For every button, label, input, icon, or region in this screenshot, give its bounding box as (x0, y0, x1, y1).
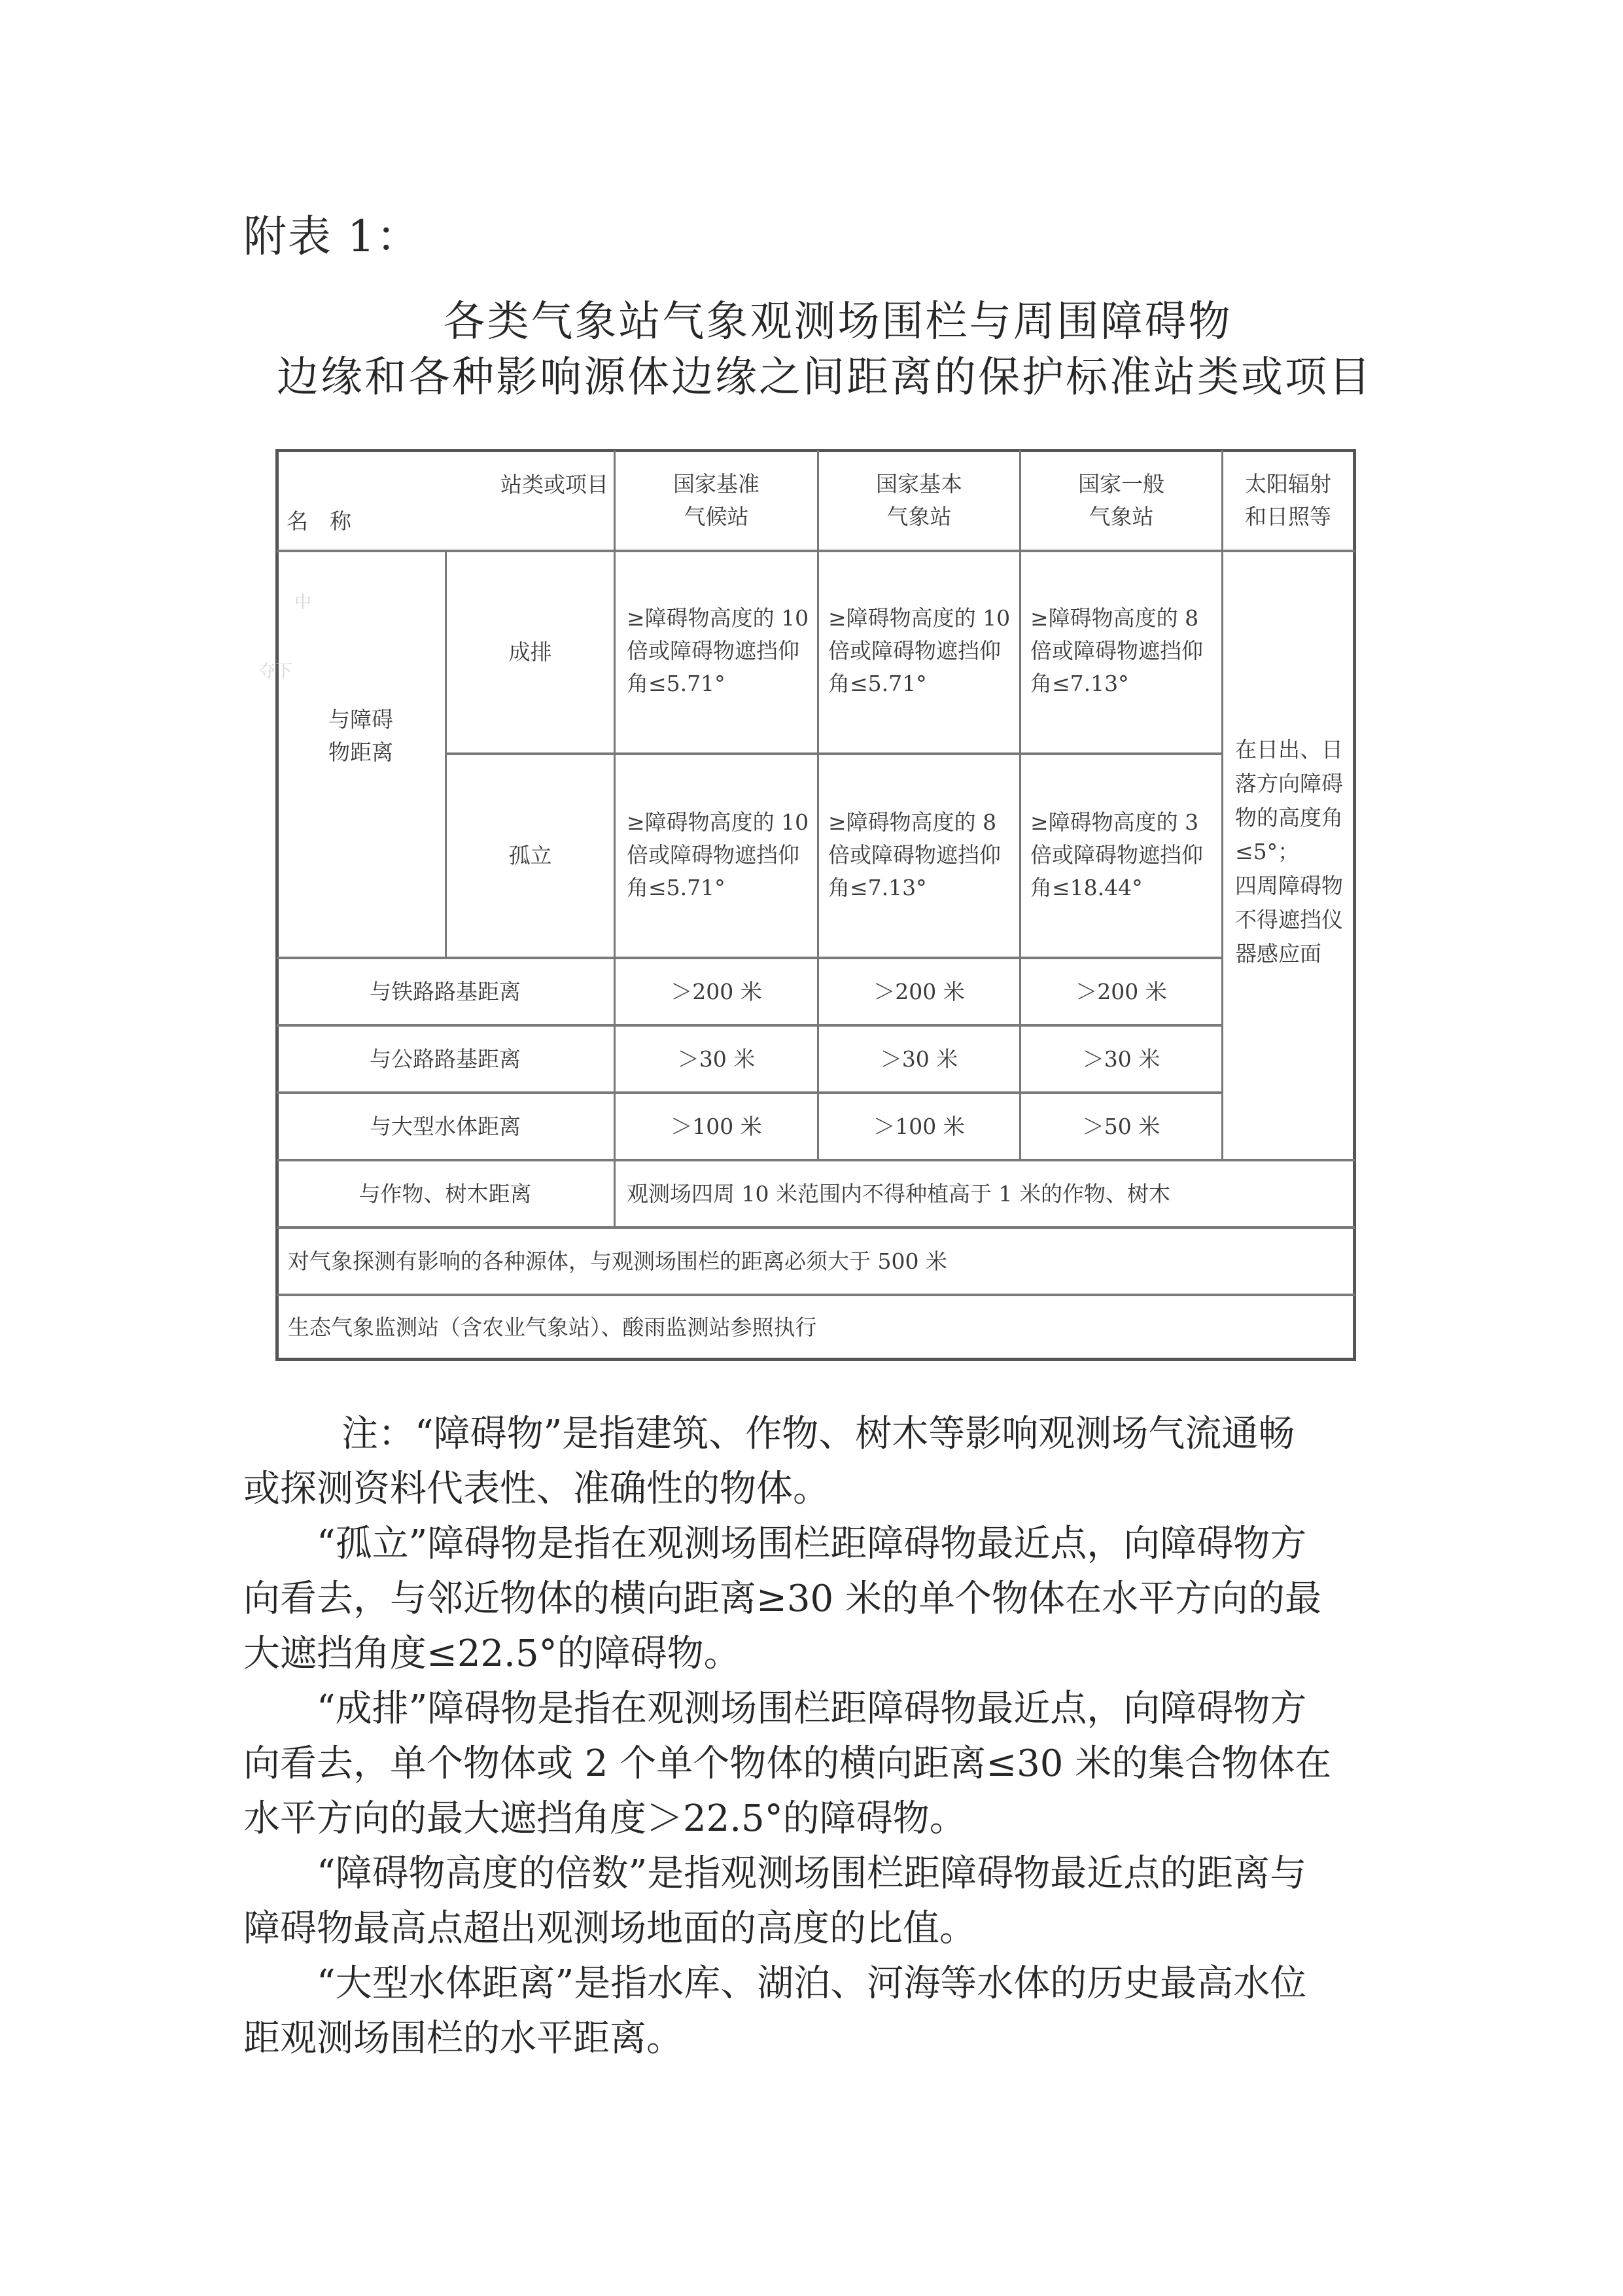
cell-line: 角≤7.13° (1030, 667, 1220, 700)
column-header-national-reference-climate: 国家基准 气候站 (615, 451, 818, 550)
row-ecological-stations: 生态气象监测站（含农业气象站）、酸雨监测站参照执行 (288, 1296, 1335, 1358)
note-line: 或探测资料代表性、准确性的物体。 (145, 1462, 1388, 1517)
table-cell: ≥障碍物高度的 10 倍或障碍物遮挡仰 角≤5.71° (627, 602, 816, 700)
note-line: 距观测场围栏的水平距离。 (170, 2011, 1388, 2066)
table-cell: ＞100 米 (818, 1094, 1020, 1159)
table-cell: ＞200 米 (818, 959, 1020, 1024)
row-group-label-line: 与障碍 (328, 703, 393, 736)
header-corner-bottom: 名 称 (287, 505, 417, 538)
table-cell: ＞100 米 (615, 1094, 818, 1159)
row-label-isolated: 孤立 (447, 755, 614, 957)
column-header-line: 气象站 (1089, 501, 1154, 533)
column-header-line: 气候站 (684, 501, 749, 533)
table-divider (277, 550, 1355, 552)
cell-line: 角≤5.71° (627, 667, 816, 700)
note-line: “障碍物高度的倍数”是指观测场围栏距障碍物最近点的距离与 (243, 1846, 1388, 1901)
solar-radiation-requirement: 在日出、日 落方向障碍 物的高度角 ≤5°； 四周障碍物 不得遮挡仪 器感应面 (1235, 733, 1353, 971)
cell-line: ≥障碍物高度的 10 (627, 806, 816, 839)
column-header-solar-radiation: 太阳辐射 和日照等 (1223, 451, 1353, 550)
cell-line: 倍或障碍物遮挡仰 (1030, 839, 1220, 872)
row-label-railway: 与铁路路基距离 (277, 959, 614, 1024)
note-line: 注：“障碍物”是指建筑、作物、树木等影响观测场气流通畅 (243, 1407, 1388, 1462)
page-title-line-2: 边缘和各种影响源体边缘之间距离的保护标准站类或项目 (13, 344, 1623, 404)
table-cell: ≥障碍物高度的 8 倍或障碍物遮挡仰 角≤7.13° (1030, 602, 1220, 700)
column-header-line: 和日照等 (1245, 501, 1331, 533)
cell-line: 角≤5.71° (627, 872, 816, 904)
cell-line: 倍或障碍物遮挡仰 (1030, 635, 1220, 667)
table-cell: ＞50 米 (1021, 1094, 1222, 1159)
cell-line: 四周障碍物 (1235, 869, 1353, 903)
table-cell: ＞30 米 (818, 1027, 1020, 1091)
cell-line: 角≤7.13° (828, 872, 1018, 904)
column-header-line: 国家基本 (876, 468, 962, 501)
cell-line: ≥障碍物高度的 3 (1030, 806, 1220, 839)
note-line: “成排”障碍物是指在观测场围栏距障碍物最近点，向障碍物方 (243, 1682, 1388, 1737)
page-title-line-1: 各类气象站气象观测场围栏与周围障碍物 (26, 288, 1623, 348)
table-cell: ＞200 米 (1021, 959, 1222, 1024)
cell-line: 物的高度角 (1235, 801, 1353, 835)
cell-line: ≥障碍物高度的 8 (1030, 602, 1220, 635)
table-cell: 观测场四周 10 米范围内不得种植高于 1 米的作物、树木 (627, 1161, 1346, 1226)
note-line: 大遮挡角度≤22.5°的障碍物。 (170, 1627, 1388, 1682)
row-group-label-line: 物距离 (328, 736, 393, 769)
cell-line: 器感应面 (1235, 937, 1353, 971)
header-corner-top: 站类或项目 (458, 468, 608, 501)
row-label-water-body: 与大型水体距离 (277, 1094, 614, 1159)
cell-line: 倍或障碍物遮挡仰 (627, 635, 816, 667)
row-influence-sources: 对气象探测有影响的各种源体，与观测场围栏的距离必须大于 500 米 (288, 1229, 1335, 1294)
cell-line: ≤5°； (1235, 835, 1353, 869)
scan-artifact: 夺下 (258, 658, 292, 682)
note-water-body-definition: “大型水体距离”是指水库、湖泊、河海等水体的历史最高水位 距观测场围栏的水平距离… (243, 1956, 1388, 2066)
note-line: 障碍物最高点超出观测场地面的高度的比值。 (170, 1901, 1388, 1956)
note-line: 向看去，与邻近物体的横向距离≥30 米的单个物体在水平方向的最 (170, 1572, 1388, 1627)
cell-line: ≥障碍物高度的 10 (627, 602, 816, 635)
table-cell: ≥障碍物高度的 10 倍或障碍物遮挡仰 角≤5.71° (627, 806, 816, 904)
row-group-obstacle-distance: 与障碍 物距离 (277, 700, 445, 772)
cell-line: 倍或障碍物遮挡仰 (627, 839, 816, 872)
cell-line: 角≤5.71° (828, 667, 1018, 700)
cell-line: ≥障碍物高度的 8 (828, 806, 1018, 839)
cell-line: 角≤18.44° (1030, 872, 1220, 904)
note-line: “孤立”障碍物是指在观测场围栏距障碍物最近点，向障碍物方 (243, 1517, 1388, 1572)
table-cell: ≥障碍物高度的 10 倍或障碍物遮挡仰 角≤5.71° (828, 602, 1018, 700)
cell-line: 落方向障碍 (1235, 767, 1353, 801)
note-line: 向看去，单个物体或 2 个单个物体的横向距离≤30 米的集合物体在 (170, 1737, 1388, 1792)
row-label-highway: 与公路路基距离 (277, 1027, 614, 1091)
appendix-label: 附表 1： (243, 202, 421, 264)
column-header-national-basic-weather: 国家基本 气象站 (818, 451, 1020, 550)
table-cell: ≥障碍物高度的 8 倍或障碍物遮挡仰 角≤7.13° (828, 806, 1018, 904)
column-header-national-general-weather: 国家一般 气象站 (1021, 451, 1222, 550)
column-header-line: 气象站 (887, 501, 952, 533)
note-line: “大型水体距离”是指水库、湖泊、河海等水体的历史最高水位 (243, 1956, 1388, 2011)
note-in-row-definition: “成排”障碍物是指在观测场围栏距障碍物最近点，向障碍物方 向看去，单个物体或 2… (243, 1682, 1388, 1846)
cell-line: 倍或障碍物遮挡仰 (828, 839, 1018, 872)
note-height-multiple-definition: “障碍物高度的倍数”是指观测场围栏距障碍物最近点的距离与 障碍物最高点超出观测场… (243, 1846, 1388, 1956)
row-label-crops-trees: 与作物、树木距离 (277, 1161, 614, 1226)
scan-artifact: 中 (294, 589, 311, 613)
notes-section: 注：“障碍物”是指建筑、作物、树木等影响观测场气流通畅 或探测资料代表性、准确性… (243, 1407, 1388, 2066)
cell-line: ≥障碍物高度的 10 (828, 602, 1018, 635)
note-isolated-definition: “孤立”障碍物是指在观测场围栏距障碍物最近点，向障碍物方 向看去，与邻近物体的横… (243, 1517, 1388, 1682)
table-cell: ≥障碍物高度的 3 倍或障碍物遮挡仰 角≤18.44° (1030, 806, 1220, 904)
row-label-in-row: 成排 (447, 552, 614, 752)
note-obstacle-definition: 注：“障碍物”是指建筑、作物、树木等影响观测场气流通畅 或探测资料代表性、准确性… (243, 1407, 1388, 1517)
note-line: 水平方向的最大遮挡角度＞22.5°的障碍物。 (170, 1792, 1388, 1846)
column-header-line: 国家一般 (1078, 468, 1164, 501)
column-header-line: 太阳辐射 (1245, 468, 1331, 501)
column-header-line: 国家基准 (673, 468, 759, 501)
cell-line: 在日出、日 (1235, 733, 1353, 767)
table-cell: ＞200 米 (615, 959, 818, 1024)
table-cell: ＞30 米 (615, 1027, 818, 1091)
cell-line: 倍或障碍物遮挡仰 (828, 635, 1018, 667)
cell-line: 不得遮挡仪 (1235, 903, 1353, 937)
table-cell: ＞30 米 (1021, 1027, 1222, 1091)
